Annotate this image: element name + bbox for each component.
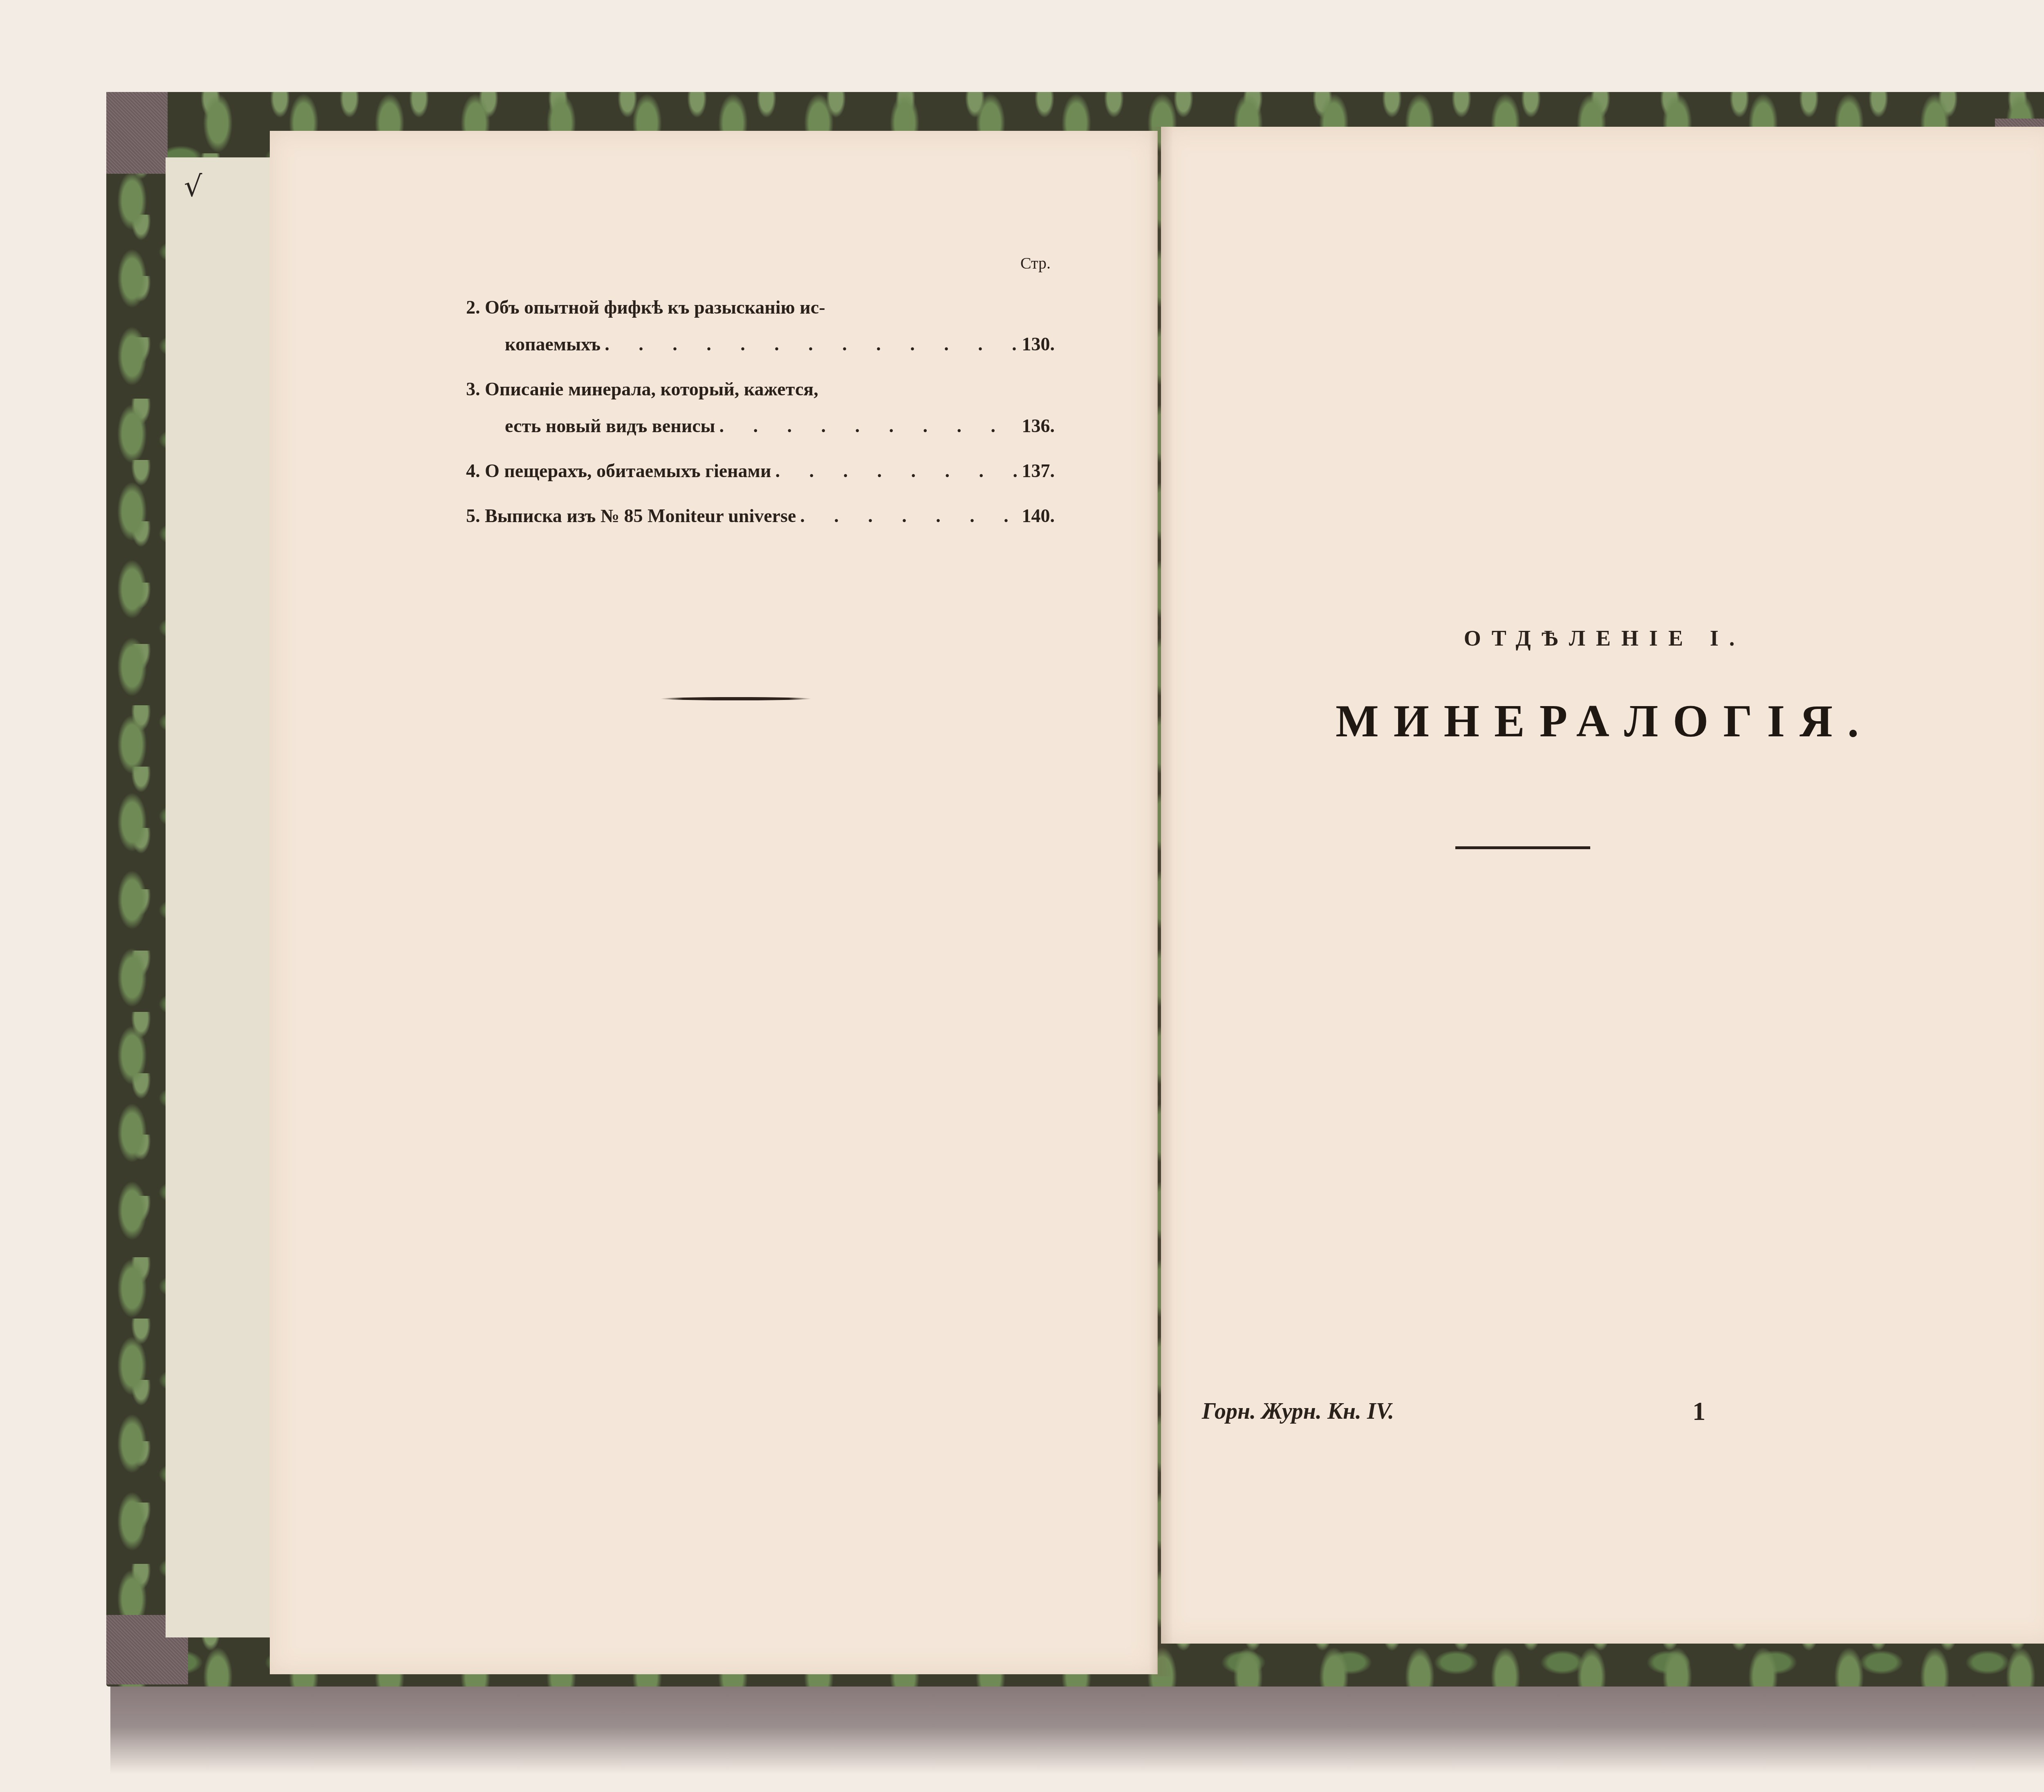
toc-entry-title-cont: есть новый видъ венисы: [505, 408, 715, 444]
signature-mark: Горн. Журн. Кн. IV.: [1202, 1398, 1394, 1424]
toc-entry-page: 137.: [1022, 453, 1055, 489]
toc-entry: 2. Объ опытной фифкѣ къ разысканію ис- к…: [466, 289, 1055, 363]
toc-entry-number: 5.: [466, 505, 480, 526]
toc-entry-page: 136.: [1022, 408, 1055, 444]
toc-entry: 3. Описаніе минерала, который, кажется, …: [466, 371, 1055, 444]
bookmark-slip: [166, 157, 285, 1637]
toc-entry-title: Выписка изъ № 85 Moniteur universe: [485, 505, 796, 526]
dot-leader: . . . . . . . .: [796, 498, 1022, 534]
toc-entry: 4. О пещерахъ, обитаемыхъ гіенами . . . …: [466, 453, 1055, 489]
toc-entry-number: 3.: [466, 379, 480, 399]
book-gutter: [1149, 127, 1173, 1676]
title-rule: [1455, 846, 1590, 849]
toc-entry-page: 140.: [1022, 498, 1055, 534]
toc-entry-title: Описаніе минерала, который, кажется,: [485, 379, 818, 399]
table-of-contents: Стр. 2. Объ опытной фифкѣ къ разысканію …: [466, 253, 1055, 534]
check-mark-icon: √: [184, 170, 202, 203]
toc-entry-number: 2.: [466, 297, 480, 318]
toc-entry-page: 130.: [1022, 326, 1055, 363]
toc-entry-number: 4.: [466, 460, 480, 481]
toc-entry: 5. Выписка изъ № 85 Moniteur universe . …: [466, 498, 1055, 534]
toc-entry-title-cont: копаемыхъ: [505, 326, 601, 363]
section-title: МИНЕРАЛОГІЯ.: [1210, 695, 1999, 748]
cloth-corner-top-left: [106, 92, 168, 174]
page-number: 1: [1692, 1396, 1706, 1426]
toc-entry-title: О пещерахъ, обитаемыхъ гіенами: [485, 460, 771, 481]
ornamental-rule: [660, 697, 811, 700]
dot-leader: . . . . . . . . . . . .: [771, 453, 1022, 489]
section-label: ОТДѢЛЕНІЕ I.: [1226, 626, 1983, 651]
toc-entry-title: Объ опытной фифкѣ къ разысканію ис-: [485, 297, 825, 318]
dot-leader: . . . . . . . . . . . . . . . . . . . .: [715, 408, 1022, 444]
dot-leader: . . . . . . . . . . . . . . . . . . . .: [601, 326, 1022, 363]
toc-page-column-header: Стр.: [466, 253, 1055, 273]
